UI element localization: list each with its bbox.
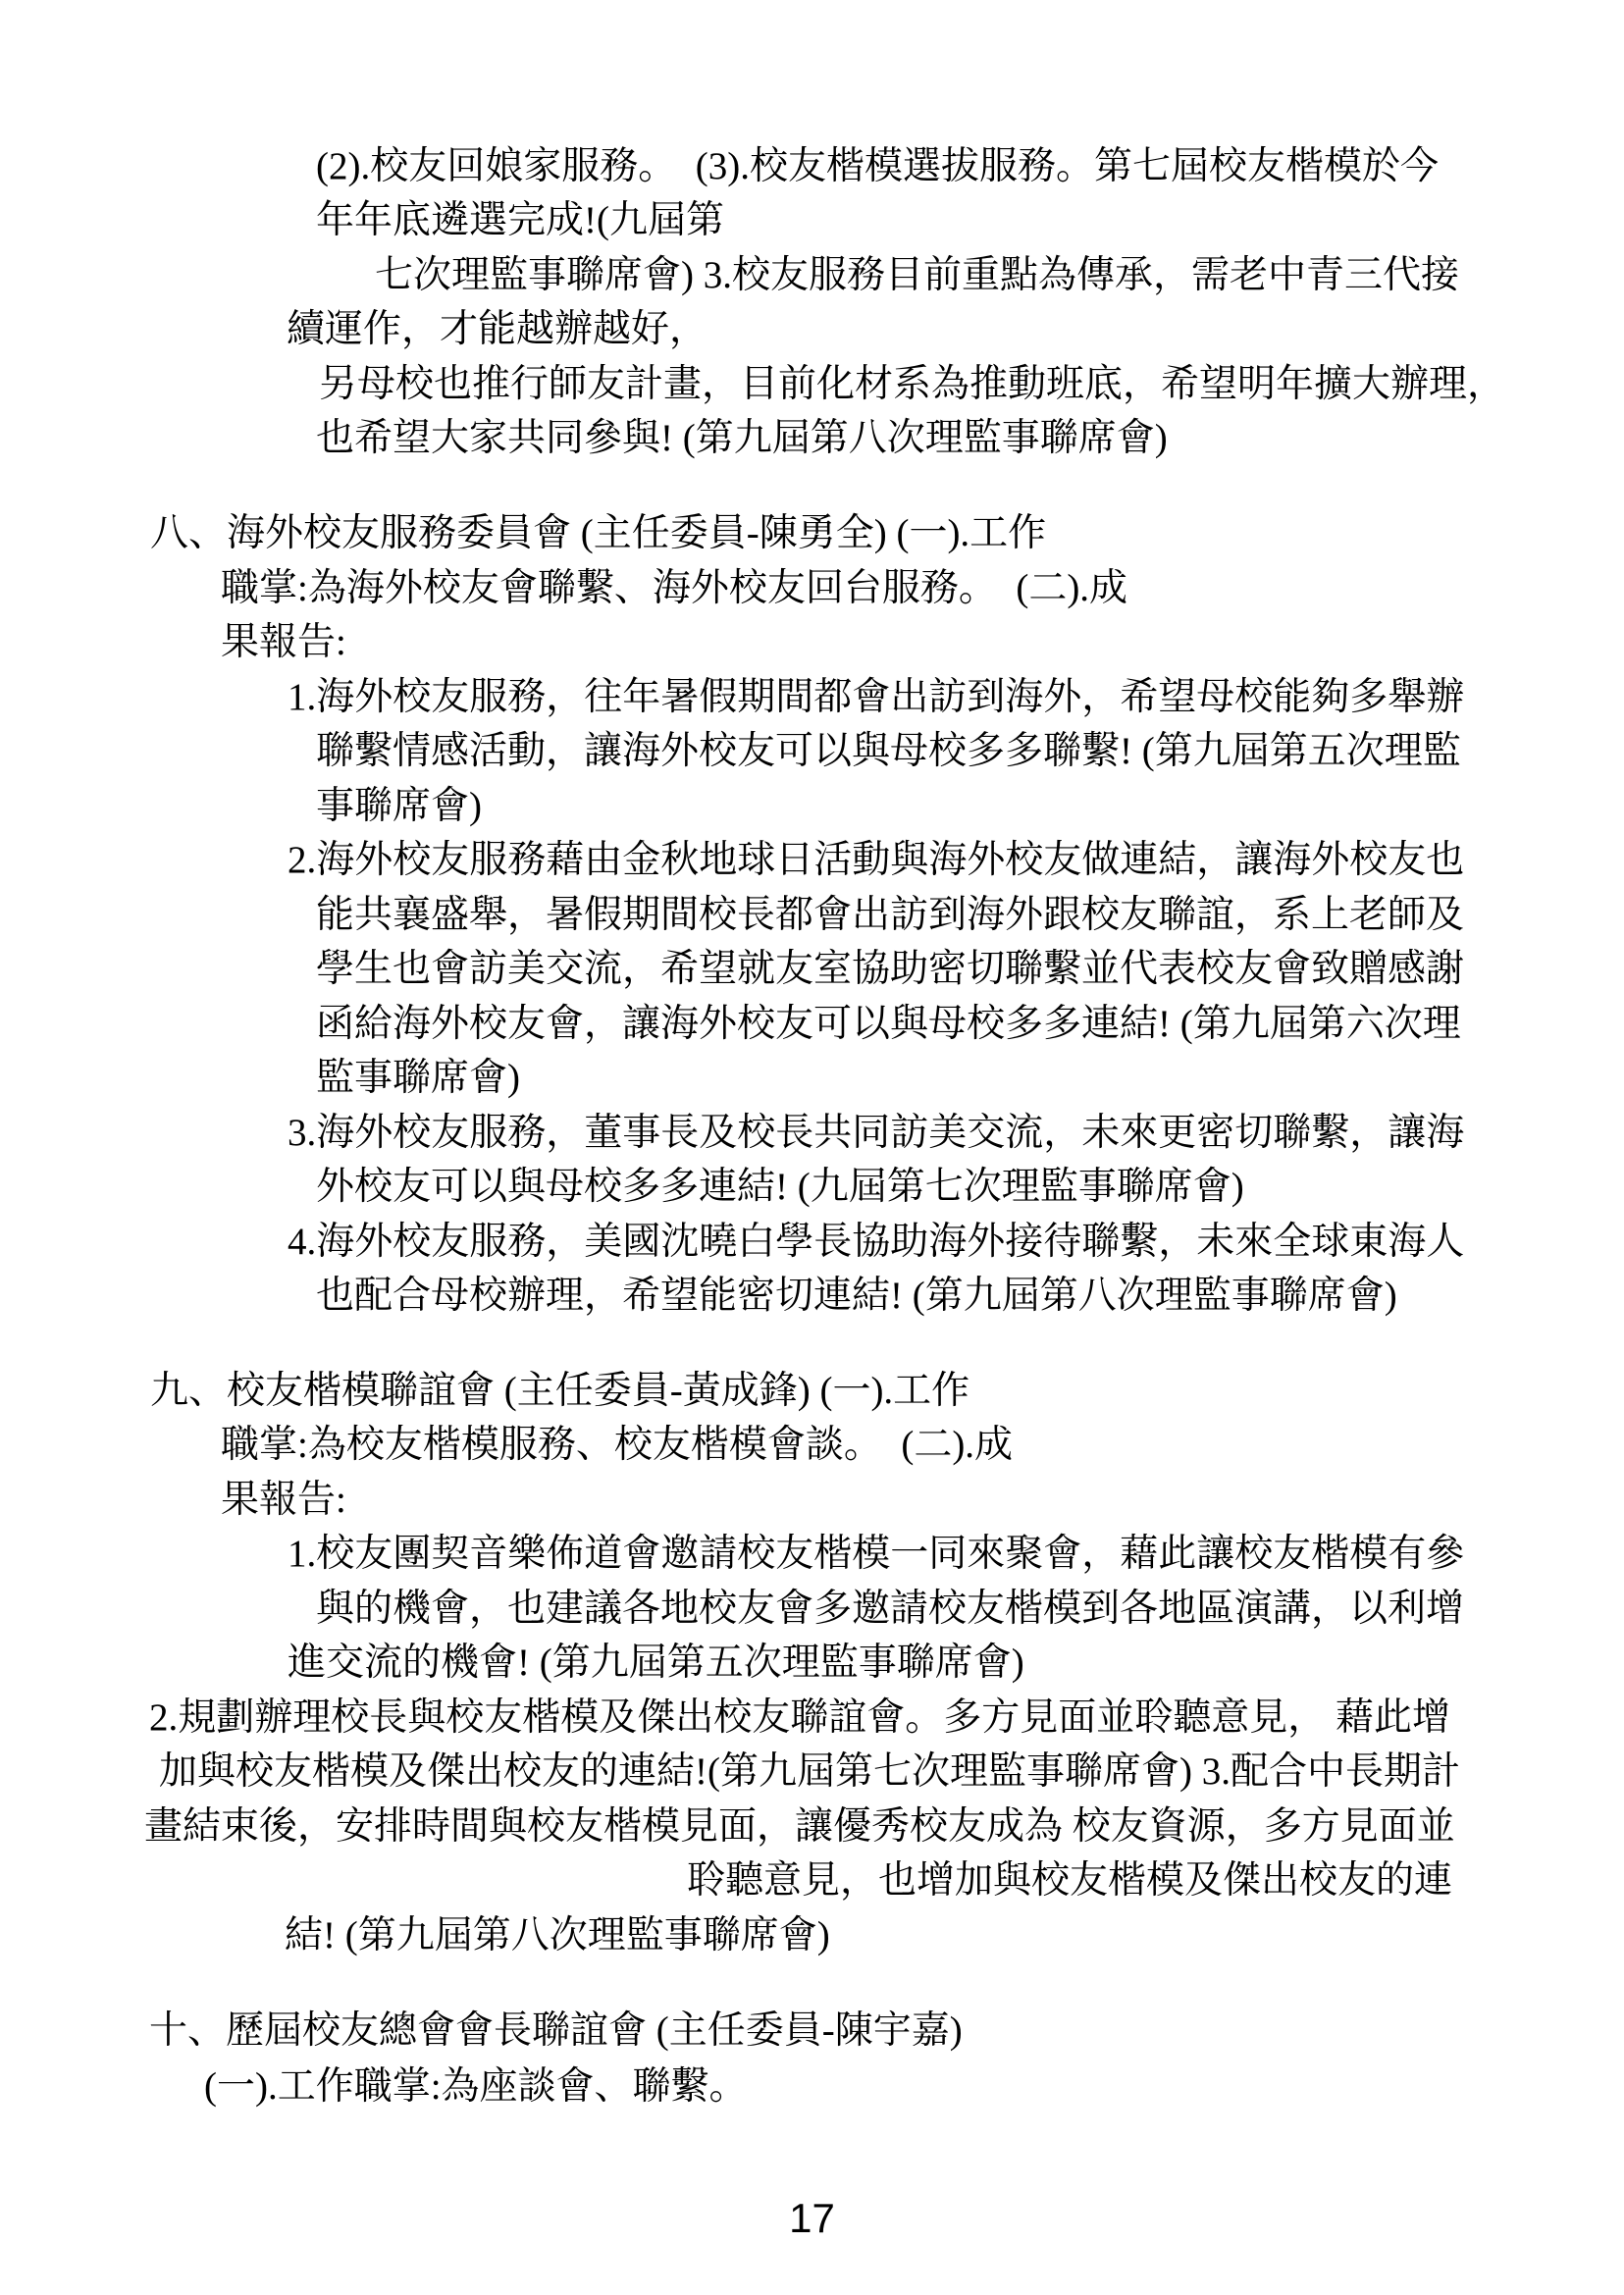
intro-line-4: 續運作，才能越辦越好，: [287, 308, 707, 351]
section-8-item-2-line-1: 2.海外校友服務藉由金秋地球日活動與海外校友做連結，讓海外校友也: [288, 839, 1464, 882]
section-9-item-2-line-5: 結! (第九屆第八次理監事聯席會): [285, 1914, 830, 1957]
section-8-item-1-line-3: 事聯席會): [316, 785, 482, 828]
section-8-item-2-line-3: 學生也會訪美交流，希望就友室協助密切聯繫並代表校友會致贈感謝: [316, 948, 1464, 991]
section-8-heading: 八、海外校友服務委員會 (主任委員-陳勇全) (一).工作: [150, 512, 1046, 555]
section-8-item-2-line-2: 能共襄盛舉，暑假期間校長都會出訪到海外跟校友聯誼，系上老師及: [316, 894, 1464, 937]
section-9-item-1-line-3: 進交流的機會! (第九屆第五次理監事聯席會): [288, 1642, 1024, 1685]
intro-line-1: (2).校友回娘家服務。 (3).校友楷模選拔服務。第七屆校友楷模於今: [316, 145, 1439, 188]
intro-line-5: 另母校也推行師友計畫，目前化材系為推動班底，希望明年擴大辦理，: [319, 363, 1505, 406]
section-8-item-1-line-1: 1.海外校友服務，往年暑假期間都會出訪到海外，希望母校能夠多舉辦: [288, 676, 1464, 719]
section-8-result-line: 果報告:: [221, 621, 346, 664]
section-10-duty-line: (一).工作職掌:為座談會、聯繫。: [204, 2065, 748, 2109]
intro-line-3: 七次理監事聯席會) 3.校友服務目前重點為傳承，需老中青三代接: [375, 254, 1459, 297]
section-8-item-4-line-2: 也配合母校辦理，希望能密切連結! (第九屆第八次理監事聯席會): [316, 1275, 1397, 1318]
section-9-item-2-line-4: 聆聽意見，也增加與校友楷模及傑出校友的連: [687, 1859, 1452, 1903]
section-9-result-line: 果報告:: [221, 1479, 346, 1522]
section-10-heading: 十、歷屆校友總會會長聯誼會 (主任委員-陳宇嘉): [149, 2009, 963, 2053]
section-8-item-3-line-2: 外校友可以與母校多多連結! (九屆第七次理監事聯席會): [316, 1166, 1244, 1209]
document-page: (2).校友回娘家服務。 (3).校友楷模選拔服務。第七屆校友楷模於今 年年底遴…: [0, 0, 1624, 2295]
section-8-duty-line: 職掌:為海外校友會聯繫、海外校友回台服務。 (二).成: [221, 567, 1127, 610]
section-9-item-2-line-2: 加與校友楷模及傑出校友的連結!(第九屆第七次理監事聯席會) 3.配合中長期計: [159, 1750, 1460, 1794]
section-9-item-2-line-1: 2.規劃辦理校長與校友楷模及傑出校友聯誼會。多方見面並聆聽意見， 藉此增: [149, 1696, 1450, 1740]
intro-line-2: 年年底遴選完成!(九屆第: [316, 199, 724, 242]
section-8-item-3-line-1: 3.海外校友服務，董事長及校長共同訪美交流，未來更密切聯繫，讓海: [288, 1112, 1464, 1155]
section-9-item-1-line-2: 與的機會，也建議各地校友會多邀請校友楷模到各地區演講，以利增: [316, 1588, 1464, 1631]
section-8-item-4-line-1: 4.海外校友服務，美國沈曉白學長協助海外接待聯繫，未來全球東海人: [288, 1221, 1464, 1264]
section-8-item-2-line-5: 監事聯席會): [316, 1057, 520, 1100]
page-number: 17: [0, 2196, 1624, 2241]
section-9-item-2-line-3: 畫結束後，安排時間與校友楷模見面，讓優秀校友成為 校友資源，多方見面並: [144, 1805, 1455, 1849]
intro-line-6: 也希望大家共同參與! (第九屆第八次理監事聯席會): [316, 417, 1168, 460]
section-9-heading: 九、校友楷模聯誼會 (主任委員-黃成鋒) (一).工作: [150, 1370, 969, 1413]
section-9-duty-line: 職掌:為校友楷模服務、校友楷模會談。 (二).成: [221, 1424, 1013, 1467]
section-9-item-1-line-1: 1.校友團契音樂佈道會邀請校友楷模一同來聚會，藉此讓校友楷模有參: [288, 1533, 1464, 1576]
section-8-item-2-line-4: 函給海外校友會，讓海外校友可以與母校多多連結! (第九屆第六次理: [316, 1003, 1461, 1046]
section-8-item-1-line-2: 聯繫情感活動，讓海外校友可以與母校多多聯繫! (第九屆第五次理監: [316, 730, 1461, 773]
